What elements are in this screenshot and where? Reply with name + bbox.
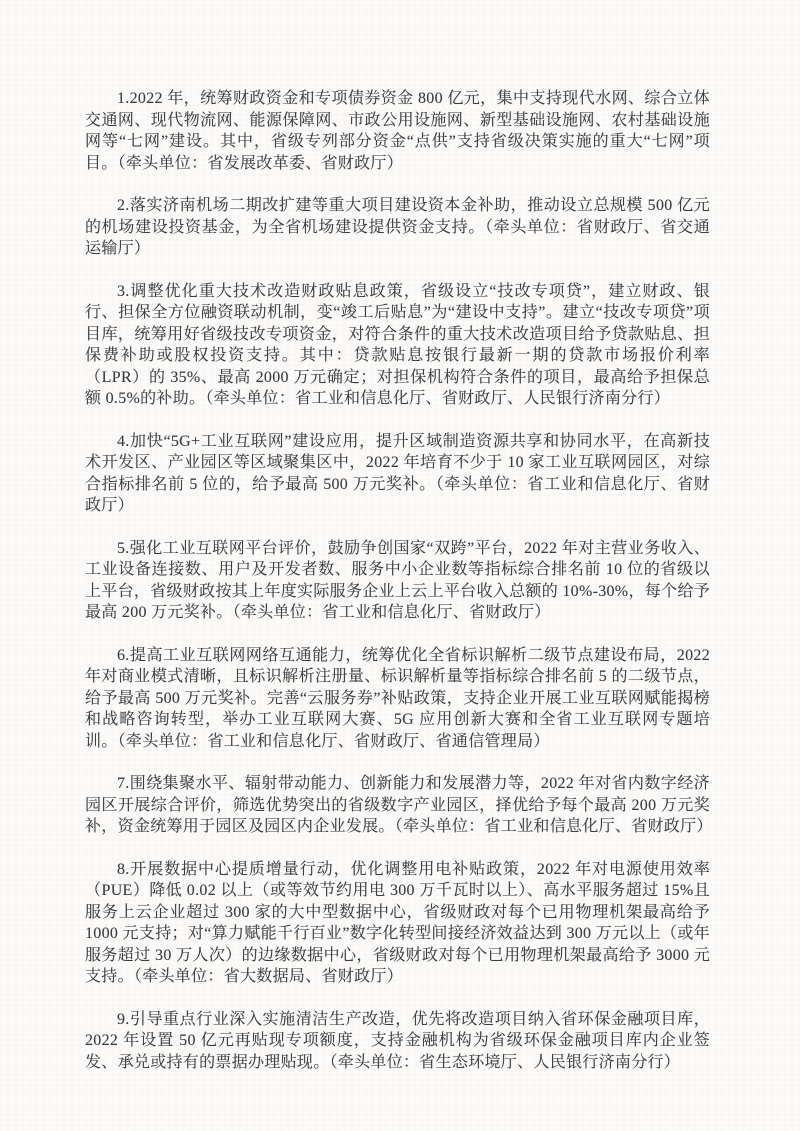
policy-item-9: 9.引导重点行业深入实施清洁生产改造，优先将改造项目纳入省环保金融项目库，202… [85,1009,710,1074]
document-body: 1.2022 年，统筹财政资金和专项债券资金 800 亿元，集中支持现代水网、综… [85,88,710,1073]
policy-item-8: 8.开展数据中心提质增量行动，优化调整用电补贴政策，2022 年对电源使用效率（… [85,859,710,988]
policy-item-4: 4.加快“5G+工业互联网”建设应用，提升区域制造资源共享和协同水平，在高新技术… [85,431,710,517]
policy-item-1: 1.2022 年，统筹财政资金和专项债券资金 800 亿元，集中支持现代水网、综… [85,88,710,174]
policy-item-7: 7.围绕集聚水平、辐射带动能力、创新能力和发展潜力等，2022 年对省内数字经济… [85,773,710,838]
policy-item-5: 5.强化工业互联网平台评价，鼓励争创国家“双跨”平台，2022 年对主营业务收入… [85,538,710,624]
policy-item-2: 2.落实济南机场二期改扩建等重大项目建设资本金补助，推动设立总规模 500 亿元… [85,195,710,260]
document-page: 1.2022 年，统筹财政资金和专项债券资金 800 亿元，集中支持现代水网、综… [0,0,800,1131]
policy-item-3: 3.调整优化重大技术改造财政贴息政策，省级设立“技改专项贷”，建立财政、银行、担… [85,281,710,410]
policy-item-6: 6.提高工业互联网网络互通能力，统筹优化全省标识解析二级节点建设布局，2022 … [85,645,710,753]
